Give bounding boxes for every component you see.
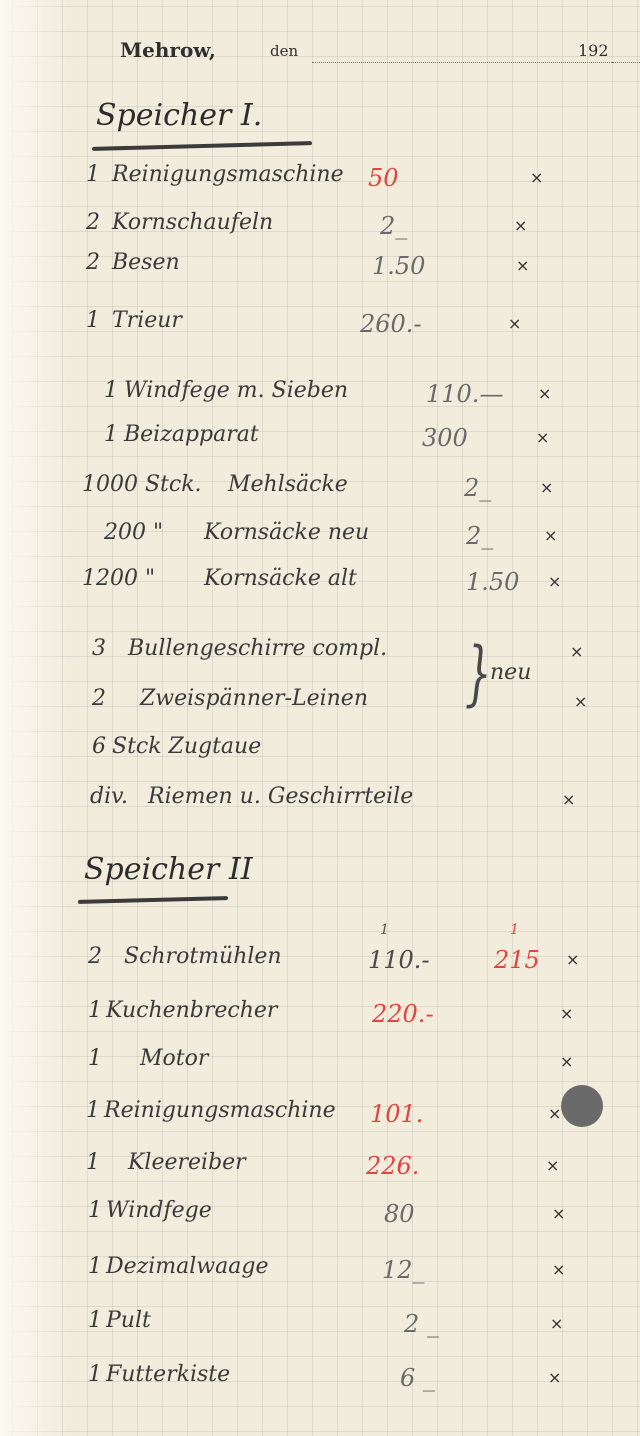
item-qty: 1	[86, 308, 100, 333]
check-mark-icon: ×	[530, 168, 543, 187]
item-qty: div.	[90, 784, 128, 809]
check-mark-icon: ×	[574, 692, 587, 711]
item-price: 300	[422, 424, 468, 452]
item-price: 2_	[464, 474, 491, 502]
item-qty: 1	[88, 998, 102, 1023]
list-item: 1 Futterkiste 6 _ ×	[0, 1362, 640, 1402]
date-dotted-line	[312, 62, 640, 63]
check-mark-icon: ×	[560, 1052, 573, 1071]
item-qty: 1000 Stck.	[82, 472, 202, 497]
brace-icon: }	[465, 632, 492, 714]
item-text: Trieur	[112, 308, 182, 333]
check-mark-icon: ×	[552, 1204, 565, 1223]
check-mark-icon: ×	[552, 1260, 565, 1279]
item-price: 101.	[370, 1100, 423, 1128]
item-qty: 1	[88, 1254, 102, 1279]
check-mark-icon: ×	[566, 950, 579, 969]
check-mark-icon: ×	[544, 526, 557, 545]
check-mark-icon: ×	[548, 1368, 561, 1387]
list-item: 1 Pult 2 _ ×	[0, 1308, 640, 1348]
section-heading-speicher-1: Speicher I.	[96, 98, 262, 133]
list-item: 1 Dezimalwaage 12_ ×	[0, 1254, 640, 1294]
list-item: 1 Beizapparat 300 ×	[0, 422, 640, 462]
item-price: 110.—	[426, 380, 503, 408]
item-price: 6 _	[400, 1364, 435, 1392]
item-text: Schrotmühlen	[124, 944, 282, 969]
item-text: Mehlsäcke	[228, 472, 348, 497]
item-text: Kleereiber	[128, 1150, 246, 1175]
date-label: den	[270, 42, 298, 60]
list-item: 2 Besen 1.50 ×	[0, 250, 640, 290]
check-mark-icon: ×	[562, 790, 575, 809]
list-item: 6 Stck Zugtaue	[0, 734, 640, 774]
check-mark-icon: ×	[570, 642, 583, 661]
check-mark-icon: ×	[548, 572, 561, 591]
item-qty: 1200 "	[82, 566, 155, 591]
list-item: 1 Windfege 80 ×	[0, 1198, 640, 1238]
item-price: 260.-	[360, 310, 422, 338]
item-qty: 2	[92, 686, 106, 711]
list-item: 200 " Kornsäcke neu 2_ ×	[0, 520, 640, 560]
item-qty: 2	[88, 944, 102, 969]
item-text: Stck Zugtaue	[112, 734, 261, 759]
item-qty: 6	[92, 734, 106, 759]
list-item: 1000 Stck. Mehlsäcke 2_ ×	[0, 472, 640, 512]
item-text: Kornsäcke alt	[204, 566, 357, 591]
year-dotted-line	[612, 62, 640, 63]
item-text: Motor	[140, 1046, 208, 1071]
place-name: Mehrow,	[120, 38, 216, 62]
check-mark-icon: ×	[550, 1314, 563, 1333]
letterhead: Mehrow, den 192	[120, 38, 640, 68]
item-qty: 1	[86, 162, 100, 187]
check-mark-icon: ×	[514, 216, 527, 235]
item-text: Bullengeschirre compl.	[128, 636, 387, 661]
item-price: 226.	[366, 1152, 419, 1180]
item-price: 2_	[466, 522, 493, 550]
item-text: Reinigungsmaschine	[104, 1098, 336, 1123]
list-item: 1 Kleereiber 226. ×	[0, 1150, 640, 1190]
list-item: 2 Schrotmühlen 1 110.- 1 215 ×	[0, 944, 640, 984]
item-qty: 2	[86, 210, 100, 235]
item-text: Futterkiste	[106, 1362, 230, 1387]
item-price: 220.-	[372, 1000, 434, 1028]
item-qty: 1	[88, 1198, 102, 1223]
check-mark-icon: ×	[540, 478, 553, 497]
item-text: Besen	[112, 250, 180, 275]
item-qty: 1	[86, 1150, 100, 1175]
check-mark-icon: ×	[538, 384, 551, 403]
item-text: Riemen u. Geschirrteile	[148, 784, 413, 809]
check-mark-icon: ×	[546, 1156, 559, 1175]
item-qty: 1	[86, 1098, 100, 1123]
item-qty: 3	[92, 636, 106, 661]
list-item: 1 Reinigungsmaschine 101. ×	[0, 1098, 640, 1138]
item-text: Kornsäcke neu	[204, 520, 369, 545]
list-item: 3 Bullengeschirre compl. ×	[0, 636, 640, 676]
ink-blot	[561, 1085, 603, 1127]
section-heading-speicher-2: Speicher II	[84, 852, 253, 887]
list-item: 1 Reinigungsmaschine 50 ×	[0, 162, 640, 202]
check-mark-icon: ×	[536, 428, 549, 447]
item-price: 2 _	[404, 1310, 439, 1338]
list-item: 1 Trieur 260.- ×	[0, 308, 640, 348]
item-qty: 200 "	[104, 520, 163, 545]
list-item: 2 Zweispänner-Leinen ×	[0, 686, 640, 726]
item-text: Windfege m. Sieben	[124, 378, 348, 403]
year-prefix: 192	[578, 41, 609, 60]
check-mark-icon: ×	[560, 1004, 573, 1023]
price2-fraction-top: 1	[510, 922, 519, 938]
item-qty: 1	[104, 378, 118, 403]
brace-note: neu	[490, 660, 531, 685]
item-price: 80	[384, 1200, 415, 1228]
item-text: Pult	[106, 1308, 151, 1333]
list-item: 1 Windfege m. Sieben 110.— ×	[0, 378, 640, 418]
item-qty: 1	[88, 1362, 102, 1387]
item-qty: 1	[104, 422, 118, 447]
check-mark-icon: ×	[508, 314, 521, 333]
item-text: Reinigungsmaschine	[112, 162, 344, 187]
list-item: 1 Kuchenbrecher 220.- ×	[0, 998, 640, 1038]
check-mark-icon: ×	[548, 1104, 561, 1123]
item-text: Dezimalwaage	[106, 1254, 268, 1279]
item-text: Beizapparat	[124, 422, 259, 447]
item-text: Zweispänner-Leinen	[140, 686, 368, 711]
list-item: 2 Kornschaufeln 2_ ×	[0, 210, 640, 250]
item-price: 50	[368, 164, 399, 192]
list-item: 1200 " Kornsäcke alt 1.50 ×	[0, 566, 640, 606]
item-qty: 1	[88, 1046, 102, 1071]
list-item: div. Riemen u. Geschirrteile ×	[0, 784, 640, 824]
list-item: 1 Motor ×	[0, 1046, 640, 1086]
item-text: Kornschaufeln	[112, 210, 273, 235]
item-price: 12_	[382, 1256, 425, 1284]
price-fraction-top: 1	[380, 922, 389, 938]
item-text: Kuchenbrecher	[106, 998, 277, 1023]
item-price: 1.50	[466, 568, 519, 596]
item-price-alt: 215	[494, 946, 540, 974]
item-price: 2_	[380, 212, 407, 240]
item-qty: 1	[88, 1308, 102, 1333]
item-qty: 2	[86, 250, 100, 275]
item-price: 1.50	[372, 252, 425, 280]
check-mark-icon: ×	[516, 256, 529, 275]
item-text: Windfege	[106, 1198, 212, 1223]
item-price: 110.-	[368, 946, 430, 974]
